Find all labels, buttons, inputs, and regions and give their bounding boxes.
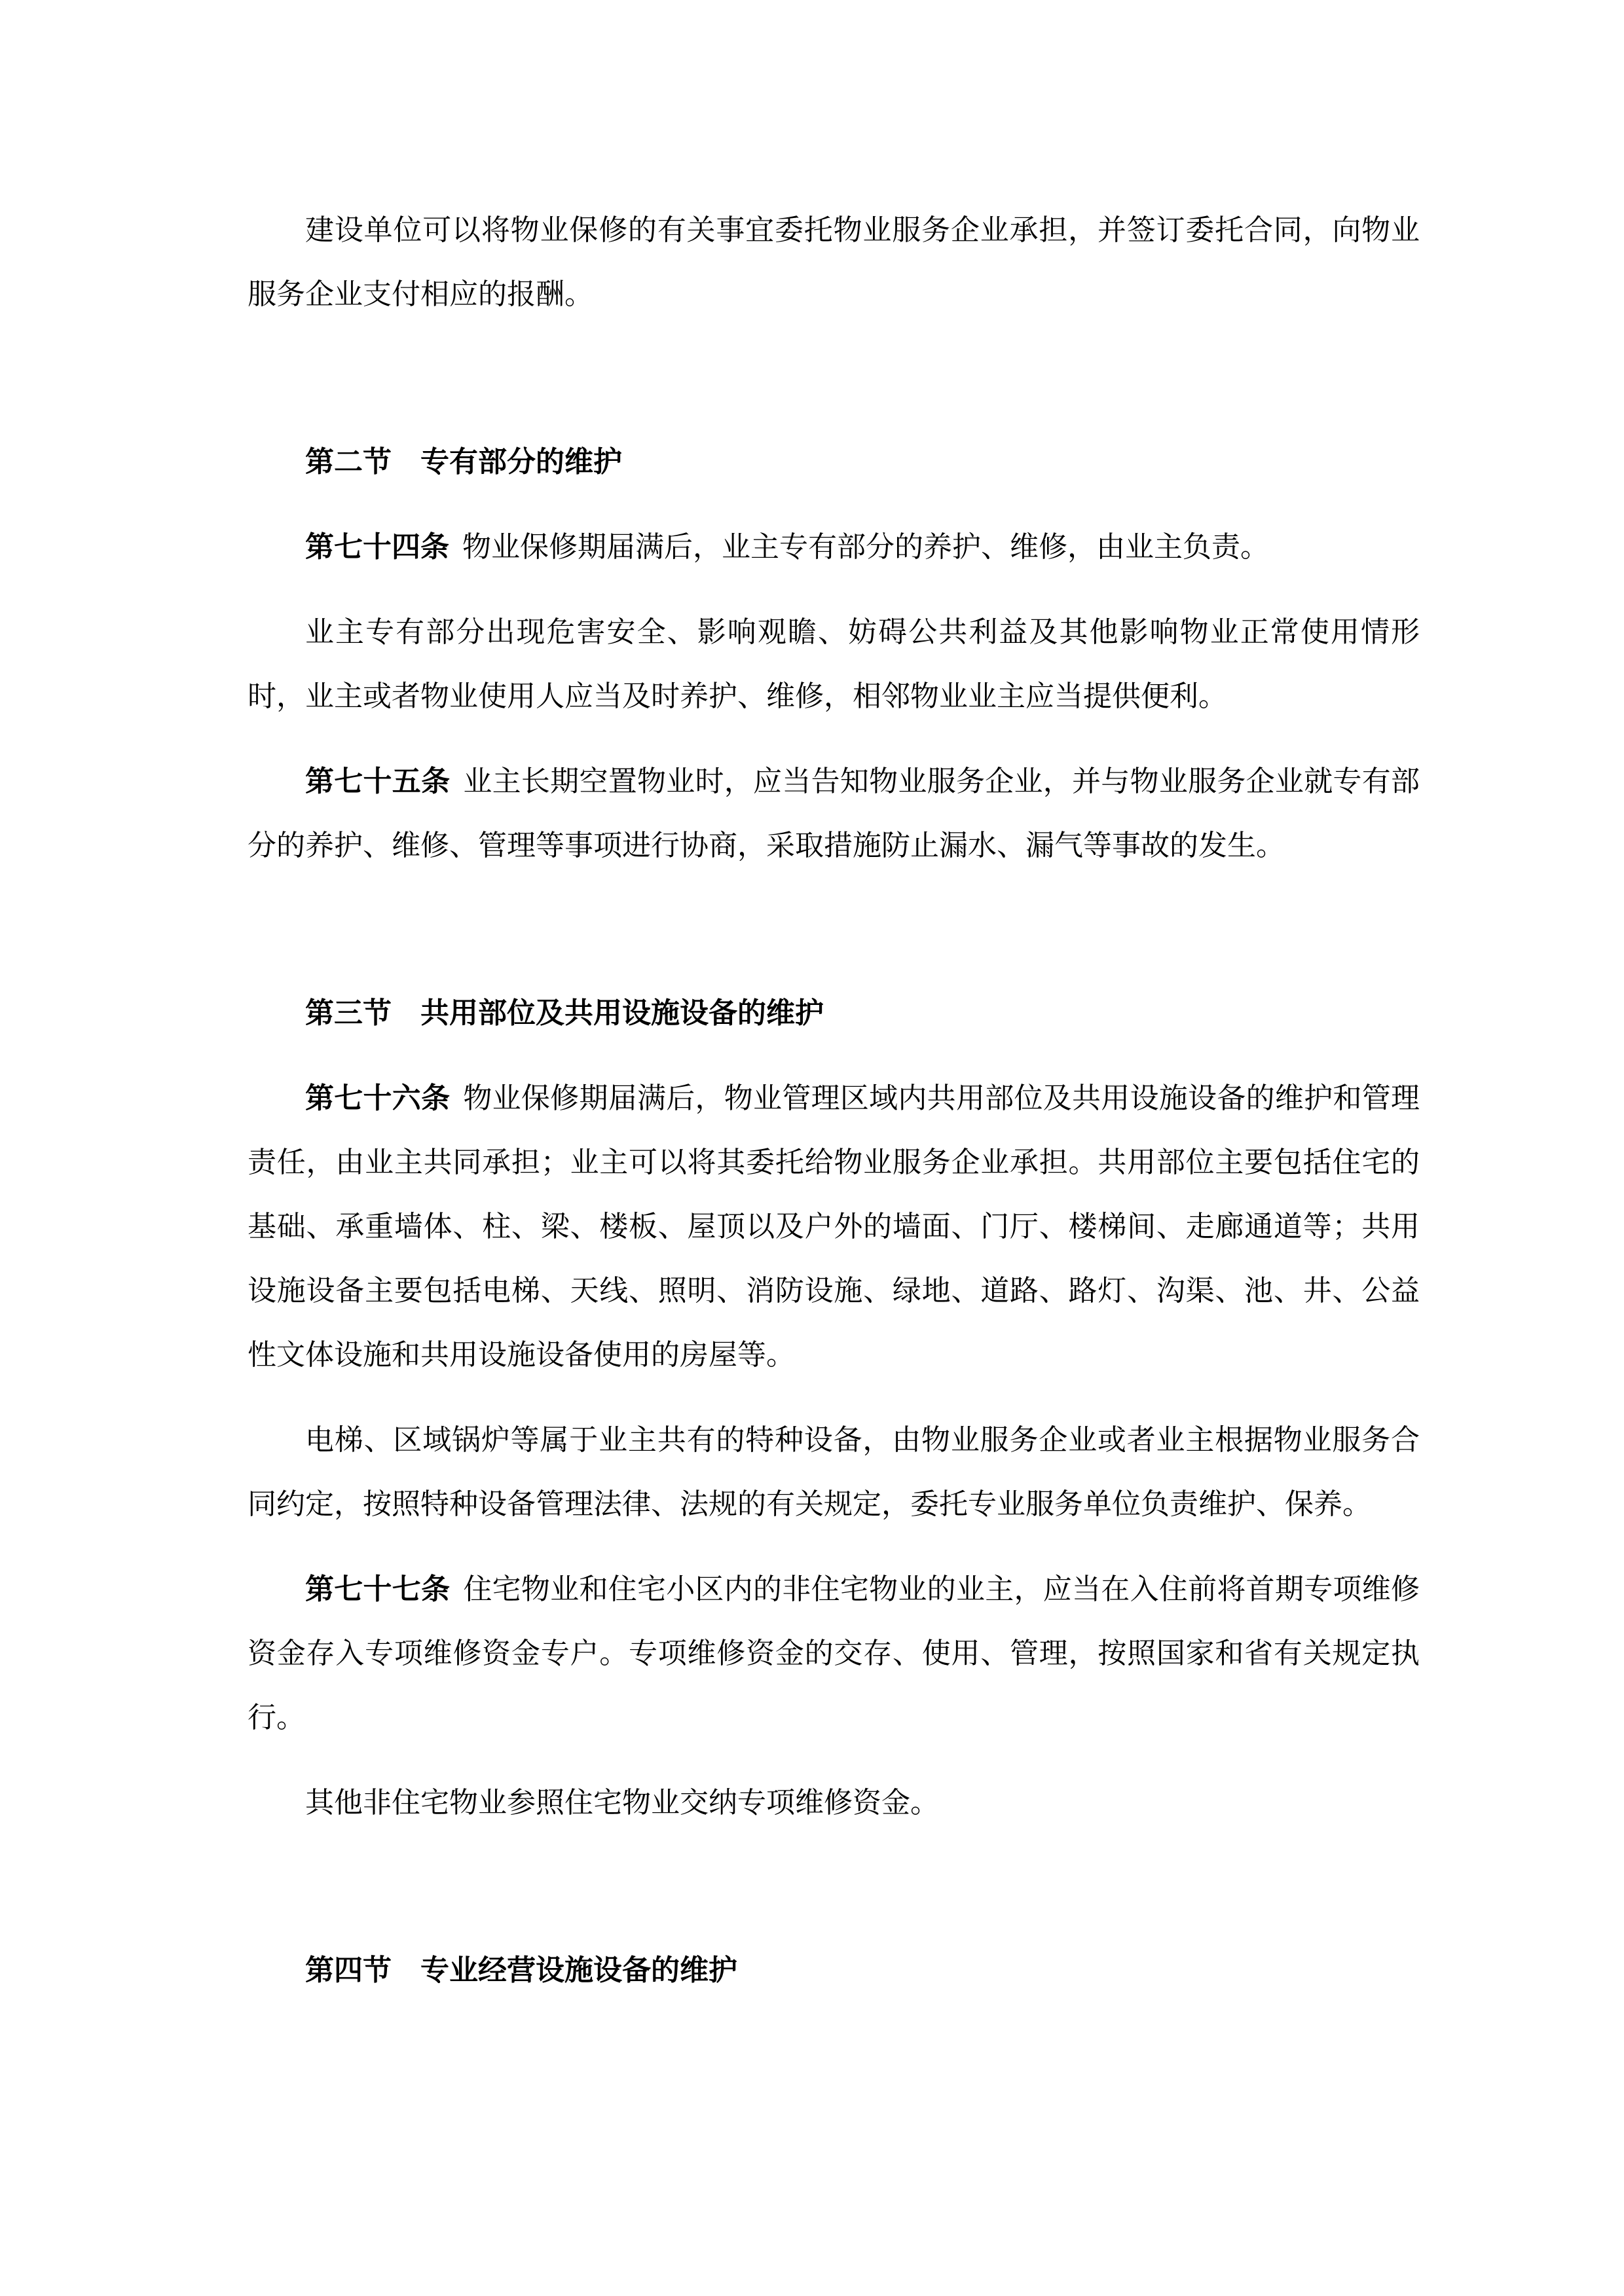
section-title: 专有部分的维护 <box>420 446 622 478</box>
document-page: 建设单位可以将物业保修的有关事宜委托物业服务企业承担，并签订委托合同，向物业服务… <box>0 0 1624 2296</box>
paragraph-non-residential-fund: 其他非住宅物业参照住宅物业交纳专项维修资金。 <box>248 1771 1420 1835</box>
article-text: 物业保修期届满后，物业管理区域内共用部位及共用设施设备的维护和管理责任，由业主共… <box>248 1082 1420 1371</box>
paragraph-warranty-delegation: 建设单位可以将物业保修的有关事宜委托物业服务企业承担，并签订委托合同，向物业服务… <box>248 198 1420 327</box>
section-heading-2: 第二节专有部分的维护 <box>248 430 1420 494</box>
section-heading-4: 第四节专业经营设施设备的维护 <box>248 1939 1420 2003</box>
article-74: 第七十四条物业保修期届满后，业主专有部分的养护、维修，由业主负责。 <box>248 515 1420 579</box>
article-number: 第七十四条 <box>305 531 449 563</box>
section-title: 共用部位及共用设施设备的维护 <box>420 997 824 1029</box>
article-77: 第七十七条住宅物业和住宅小区内的非住宅物业的业主，应当在入住前将首期专项维修资金… <box>248 1558 1420 1750</box>
section-heading-3: 第三节共用部位及共用设施设备的维护 <box>248 981 1420 1046</box>
section-number: 第四节 <box>305 1954 392 1986</box>
section-number: 第二节 <box>305 446 392 478</box>
article-text: 物业保修期届满后，业主专有部分的养护、维修，由业主负责。 <box>462 531 1269 563</box>
article-75: 第七十五条业主长期空置物业时，应当告知物业服务企业，并与物业服务企业就专有部分的… <box>248 750 1420 878</box>
article-number: 第七十五条 <box>305 765 450 797</box>
section-number: 第三节 <box>305 997 392 1029</box>
section-title: 专业经营设施设备的维护 <box>420 1954 737 1986</box>
paragraph-owner-exclusive-part: 业主专有部分出现危害安全、影响观瞻、妨碍公共利益及其他影响物业正常使用情形时，业… <box>248 600 1420 729</box>
article-number: 第七十七条 <box>305 1573 450 1605</box>
paragraph-special-equipment: 电梯、区域锅炉等属于业主共有的特种设备，由物业服务企业或者业主根据物业服务合同约… <box>248 1408 1420 1537</box>
article-76: 第七十六条物业保修期届满后，物业管理区域内共用部位及共用设施设备的维护和管理责任… <box>248 1066 1420 1387</box>
article-number: 第七十六条 <box>305 1082 450 1114</box>
